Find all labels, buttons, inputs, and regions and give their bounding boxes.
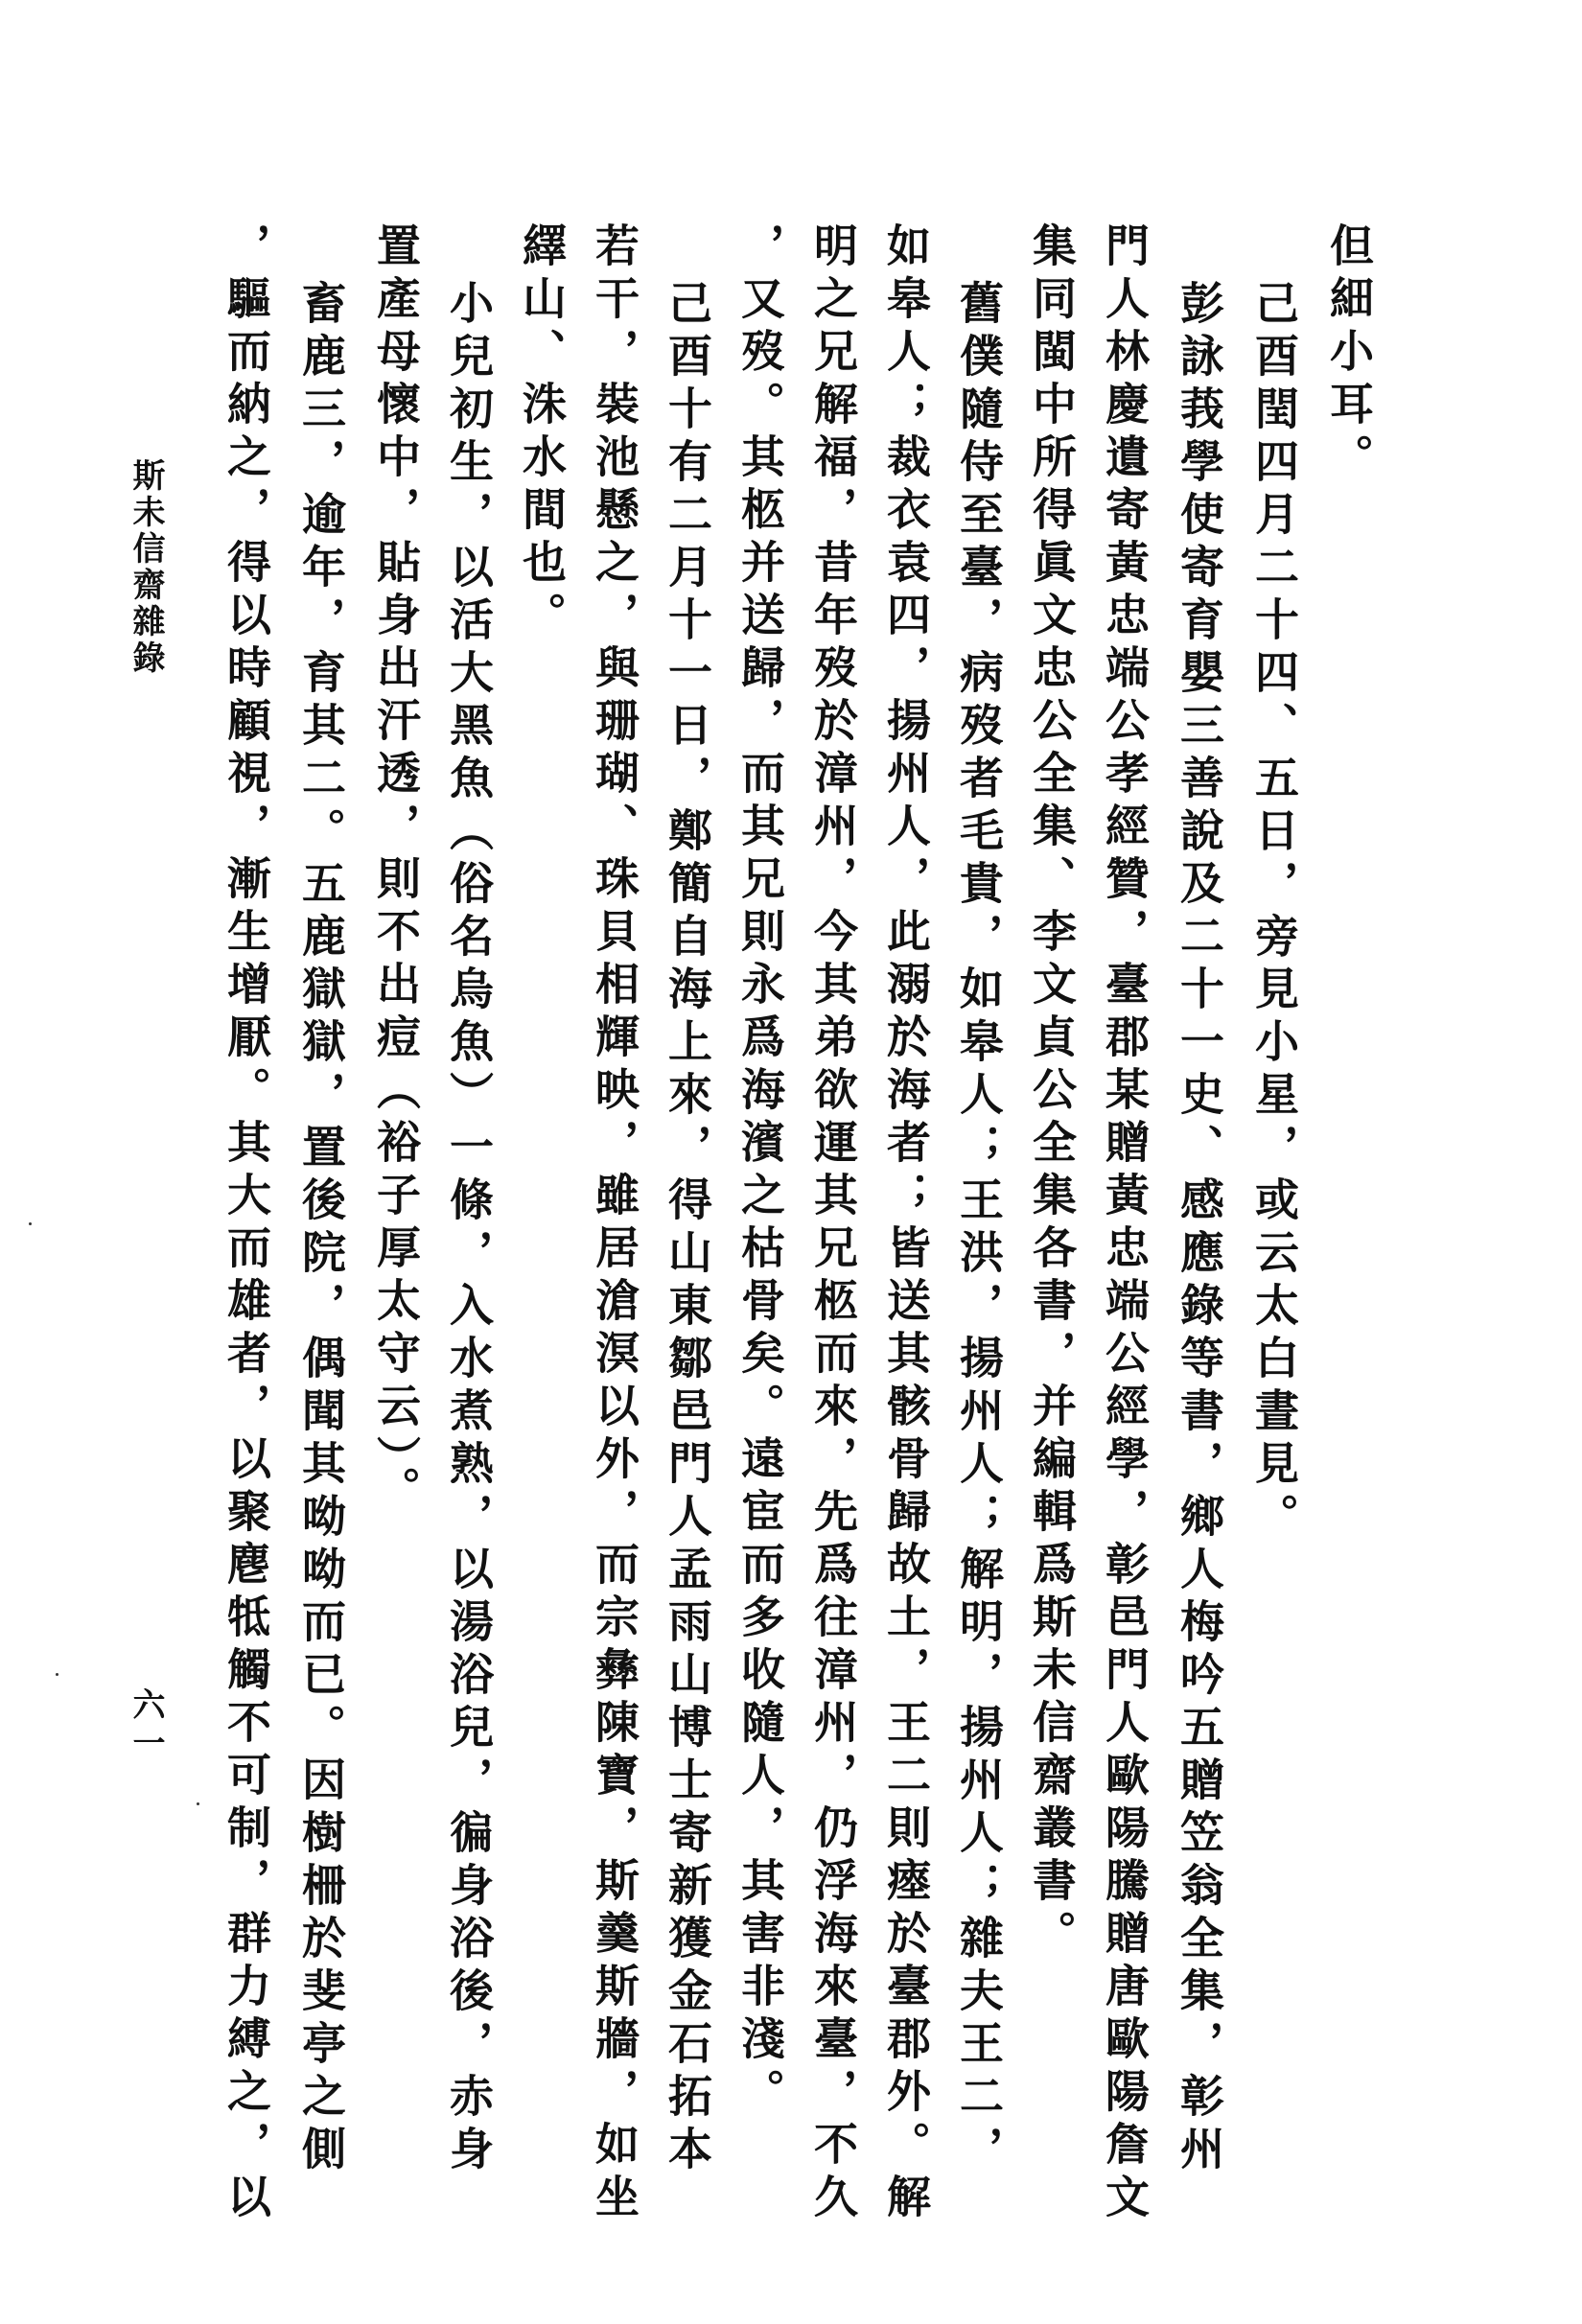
text-column: 舊僕隨侍至臺，病歿者毛貴，如皋人；王洪，揚州人；解明，揚州人；雜夫王二， xyxy=(955,280,1003,2178)
text-column: 明之兄解福，昔年歿於漳州，今其弟欲運其兄柩而來，先爲往漳州，仍浮海來臺，不久 xyxy=(809,222,857,2226)
text-column: ，又歿。其柩并送歸，而其兄則永爲海濱之枯骨矣。遠宦而多收隨人，其害非淺。 xyxy=(736,222,784,2121)
text-column: 門人林慶遺寄黃忠端公孝經贊，臺郡某贈黃忠端公經學，彰邑門人歐陽騰贈唐歐陽詹文 xyxy=(1101,222,1149,2226)
text-column: 彭詠莪學使寄育嬰三善說及二十一史、感應錄等書，鄉人梅吟五贈笠翁全集，彰州 xyxy=(1175,280,1223,2178)
text-column: ，驅而納之，得以時顧視，漸生增厭。其大而雄者，以聚麀牴觸不可制，群力縛之，以 xyxy=(222,222,270,2226)
running-title: 斯未信齋雜錄 xyxy=(123,458,170,677)
text-column: 若干，裝池懸之，與珊瑚、珠貝相輝映，雖居滄溟以外，而宗彝陳寶，斯羹斯牆，如坐 xyxy=(591,222,639,2226)
scan-speck xyxy=(56,1673,58,1676)
page-number: 六一 xyxy=(123,1687,170,1764)
text-column: 集同閩中所得眞文忠公全集、李文貞公全集各書，并編輯爲斯未信齋叢書。 xyxy=(1028,222,1076,1963)
text-column: 但細小耳。 xyxy=(1325,222,1373,486)
text-column: 畜鹿三，逾年，育其二。五鹿獄獄，置後院，偶聞其呦呦而已。因樹柵於斐亭之側 xyxy=(297,280,345,2178)
text-column: 小兒初生，以活大黑魚（俗名烏魚）一條，入水煮熟，以湯浴兒，徧身浴後，赤身 xyxy=(445,280,493,2178)
text-column: 繹山、洙水間也。 xyxy=(518,222,566,644)
text-column: 如皋人；裁衣袁四，揚州人，此溺於海者；皆送其骸骨歸故土，王二則瘞於臺郡外。解 xyxy=(882,222,930,2226)
scan-speck xyxy=(29,1222,32,1225)
book-page: 斯未信齋雜錄 六一 但細小耳。 己酉閏四月二十四、五日，旁見小星，或云太白晝見。… xyxy=(0,0,1582,2324)
text-column: 己酉十有二月十一日，鄭簡自海上來，得山東鄒邑門人孟雨山博士寄新獲金石拓本 xyxy=(663,280,711,2178)
text-column: 置產母懷中，貼身出汗透，則不出痘（裕子厚太守云）。 xyxy=(372,222,420,1519)
text-column: 己酉閏四月二十四、五日，旁見小星，或云太白晝見。 xyxy=(1250,280,1298,1545)
scan-speck xyxy=(197,1802,199,1805)
